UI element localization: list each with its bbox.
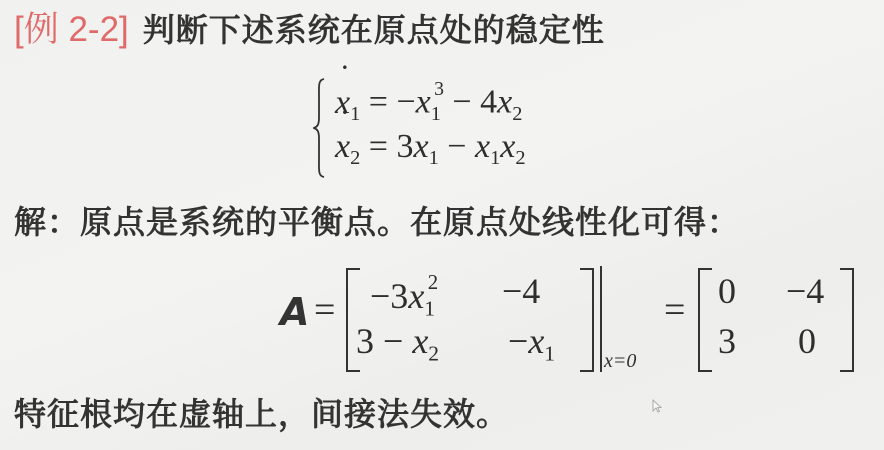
problem-statement: 判断下述系统在原点处的稳定性 (143, 11, 605, 49)
equals-sign: = (314, 288, 335, 332)
example-title: [例 2-2]判断下述系统在原点处的稳定性 (14, 8, 605, 52)
solution-text: 解：原点是系统的平衡点。在原点处线性化可得： (14, 200, 740, 244)
evaluation-bar (600, 266, 602, 372)
conclusion-text: 特征根均在虚轴上，间接法失效。 (14, 392, 509, 436)
matrix-cell: −3x12 (370, 270, 438, 321)
matrix-cell: −4 (502, 270, 540, 312)
mouse-cursor-icon (652, 399, 662, 413)
equation-2: x2 = 3x1 − x1x2 (335, 128, 526, 170)
result-cell: 0 (798, 320, 816, 362)
matrix-symbol: A (280, 290, 309, 334)
right-bracket-icon (840, 268, 854, 372)
result-cell: 3 (718, 320, 736, 362)
equals-sign: = (664, 288, 685, 332)
example-tag: [例 2-2] (14, 10, 129, 49)
result-cell: −4 (786, 270, 824, 312)
matrix-cell: −x1 (508, 320, 555, 367)
equation-system: x1 = −x13 − 4x2 x2 = 3x1 − x1x2 (313, 74, 573, 184)
slide: [例 2-2]判断下述系统在原点处的稳定性 x1 = −x13 − 4x2 x2… (0, 0, 884, 450)
left-bracket-icon (698, 268, 712, 372)
evaluation-point: x=0 (604, 350, 636, 373)
result-cell: 0 (718, 270, 736, 312)
left-brace-icon (313, 78, 325, 178)
equation-1: x1 = −x13 − 4x2 (335, 78, 522, 126)
right-bracket-icon (580, 268, 594, 372)
jacobian-equation: A = −3x12 −4 3 − x2 −x1 x=0 = 0 −4 3 0 (280, 262, 880, 382)
matrix-cell: 3 − x2 (356, 320, 439, 367)
